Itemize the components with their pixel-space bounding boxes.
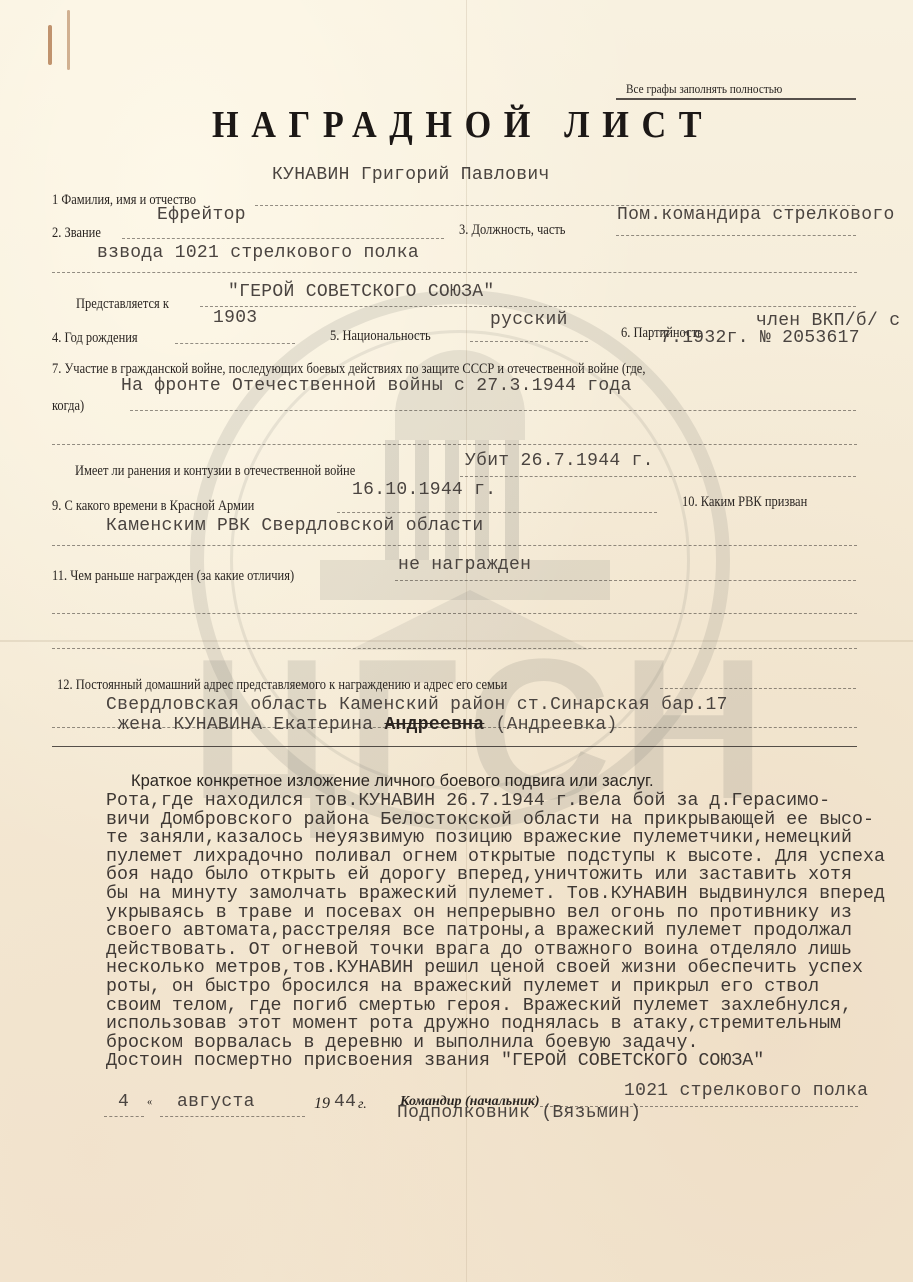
field-7-value: На фронте Отечественной войны с 27.3.194… [121, 376, 632, 396]
field-11-line2 [52, 613, 857, 614]
nominated-line [200, 306, 856, 307]
narrative-line: те заняли,казалось неуязвимую позицию вр… [106, 829, 906, 848]
field-3-label: 3. Должность, часть [459, 222, 565, 239]
narrative-line: своего автомата,расстреляя все патроны,а… [106, 922, 906, 941]
field-11-line3 [52, 648, 857, 649]
paper-fold-horizontal [0, 640, 913, 642]
field-12-value-line2: жена КУНАВИНА Екатерина Андреевна (Андре… [118, 715, 618, 735]
narrative-line: своим телом, где погиб смертью героя. Вр… [106, 997, 906, 1016]
narrative-line: Достоин посмертно присвоения звания "ГЕР… [106, 1052, 906, 1071]
field-11-value: не награжден [398, 555, 531, 575]
year-prefix: 19 [314, 1095, 330, 1113]
narrative-line: броском ворвалась в деревню и выполнила … [106, 1034, 906, 1053]
narrative-line: пулемет лихрадочно поливал огнем открыты… [106, 848, 906, 867]
narrative-line: роты, он быстро бросился на вражеский пу… [106, 978, 906, 997]
field-6-value-line2: 7.1932г. № 2053617 [660, 328, 860, 348]
spouse-name: жена КУНАВИНА Екатерина [118, 715, 373, 735]
field-8-line [460, 476, 856, 477]
narrative-line: использовав этот момент рота дружно подн… [106, 1015, 906, 1034]
field-11-label: 11. Чем раньше награжден (за какие отлич… [52, 568, 294, 585]
narrative-line: бы на минуту замолчать вражеский пулемет… [106, 885, 906, 904]
signature-rank-name: Подполковник (Вязьмин) [397, 1103, 641, 1123]
rust-stain [67, 10, 70, 70]
field-4-label: 4. Год рождения [52, 330, 138, 347]
header-note: Все графы заполнять полностью [626, 82, 782, 97]
narrative-line: боя надо было открыть ей дорогу вперед,у… [106, 866, 906, 885]
header-note-underline [616, 98, 856, 100]
field-5-value: русский [490, 310, 568, 330]
field-11-line [395, 580, 856, 581]
field-7-line [130, 410, 856, 411]
year-suffix: 44 [334, 1092, 356, 1112]
field-3-value-line2: взвода 1021 стрелкового полка [97, 243, 419, 263]
field-12-line2 [52, 727, 857, 728]
field-2-line [122, 238, 444, 239]
page-title: НАГРАДНОЙ ЛИСТ [212, 103, 714, 147]
field-12-line [660, 688, 856, 689]
day-line [104, 1116, 144, 1117]
nominated-value: "ГЕРОЙ СОВЕТСКОГО СОЮЗА" [228, 282, 494, 302]
year-unit: г. [358, 1097, 367, 1113]
narrative-line: вичи Домбровского района Белостокской об… [106, 811, 906, 830]
field-3-line2 [52, 272, 857, 273]
narrative-line: действовать. От огневой точки врага до о… [106, 941, 906, 960]
field-8-value: Убит 26.7.1944 г. [465, 451, 654, 471]
field-4-value: 1903 [213, 308, 257, 328]
field-12-line3 [52, 746, 857, 747]
corrected-patronymic: (Андреевка) [495, 715, 617, 735]
narrative-line: укрываясь в траве и посевах он непрерывн… [106, 904, 906, 923]
signature-day: 4 [118, 1092, 129, 1112]
field-10-value: Каменским РВК Свердловской области [106, 516, 483, 536]
field-2-value: Ефрейтор [157, 205, 246, 225]
field-3-line [616, 235, 856, 236]
quote-mark: « [147, 1094, 152, 1109]
field-9-line [337, 512, 657, 513]
field-4-line [175, 343, 295, 344]
field-12-value-line1: Свердловская область Каменский район ст.… [106, 695, 728, 715]
narrative-line: несколько метров,тов.КУНАВИН решил ценой… [106, 959, 906, 978]
field-8-label: Имеет ли ранения и контузии в отечествен… [75, 463, 355, 480]
month-line [160, 1116, 305, 1117]
field-5-line [470, 341, 588, 342]
narrative-line: Рота,где находился тов.КУНАВИН 26.7.1944… [106, 792, 906, 811]
field-9-value: 16.10.1944 г. [352, 480, 496, 500]
nominated-label: Представляется к [76, 296, 169, 313]
field-2-label: 2. Звание [52, 225, 101, 242]
field-10-label: 10. Каким РВК призван [682, 494, 807, 511]
field-12-label: 12. Постоянный домашний адрес представля… [57, 677, 507, 694]
full-name-value: КУНАВИН Григорий Павлович [272, 165, 550, 185]
rust-stain [48, 25, 52, 65]
narrative-heading: Краткое конкретное изложение личного бое… [131, 772, 654, 791]
struck-out-patronymic: Андреевна [384, 715, 484, 735]
field-9-label: 9. С какого времени в Красной Армии [52, 498, 254, 515]
field-10-line [52, 545, 857, 546]
signature-month: августа [177, 1092, 255, 1112]
field-5-label: 5. Национальность [330, 328, 431, 345]
signature-unit: 1021 стрелкового полка [624, 1081, 868, 1101]
field-7-label-line2: когда) [52, 398, 84, 415]
field-7-line2 [52, 444, 857, 445]
narrative-text: Рота,где находился тов.КУНАВИН 26.7.1944… [106, 792, 906, 1071]
field-3-value-line1: Пом.командира стрелкового [617, 205, 895, 225]
